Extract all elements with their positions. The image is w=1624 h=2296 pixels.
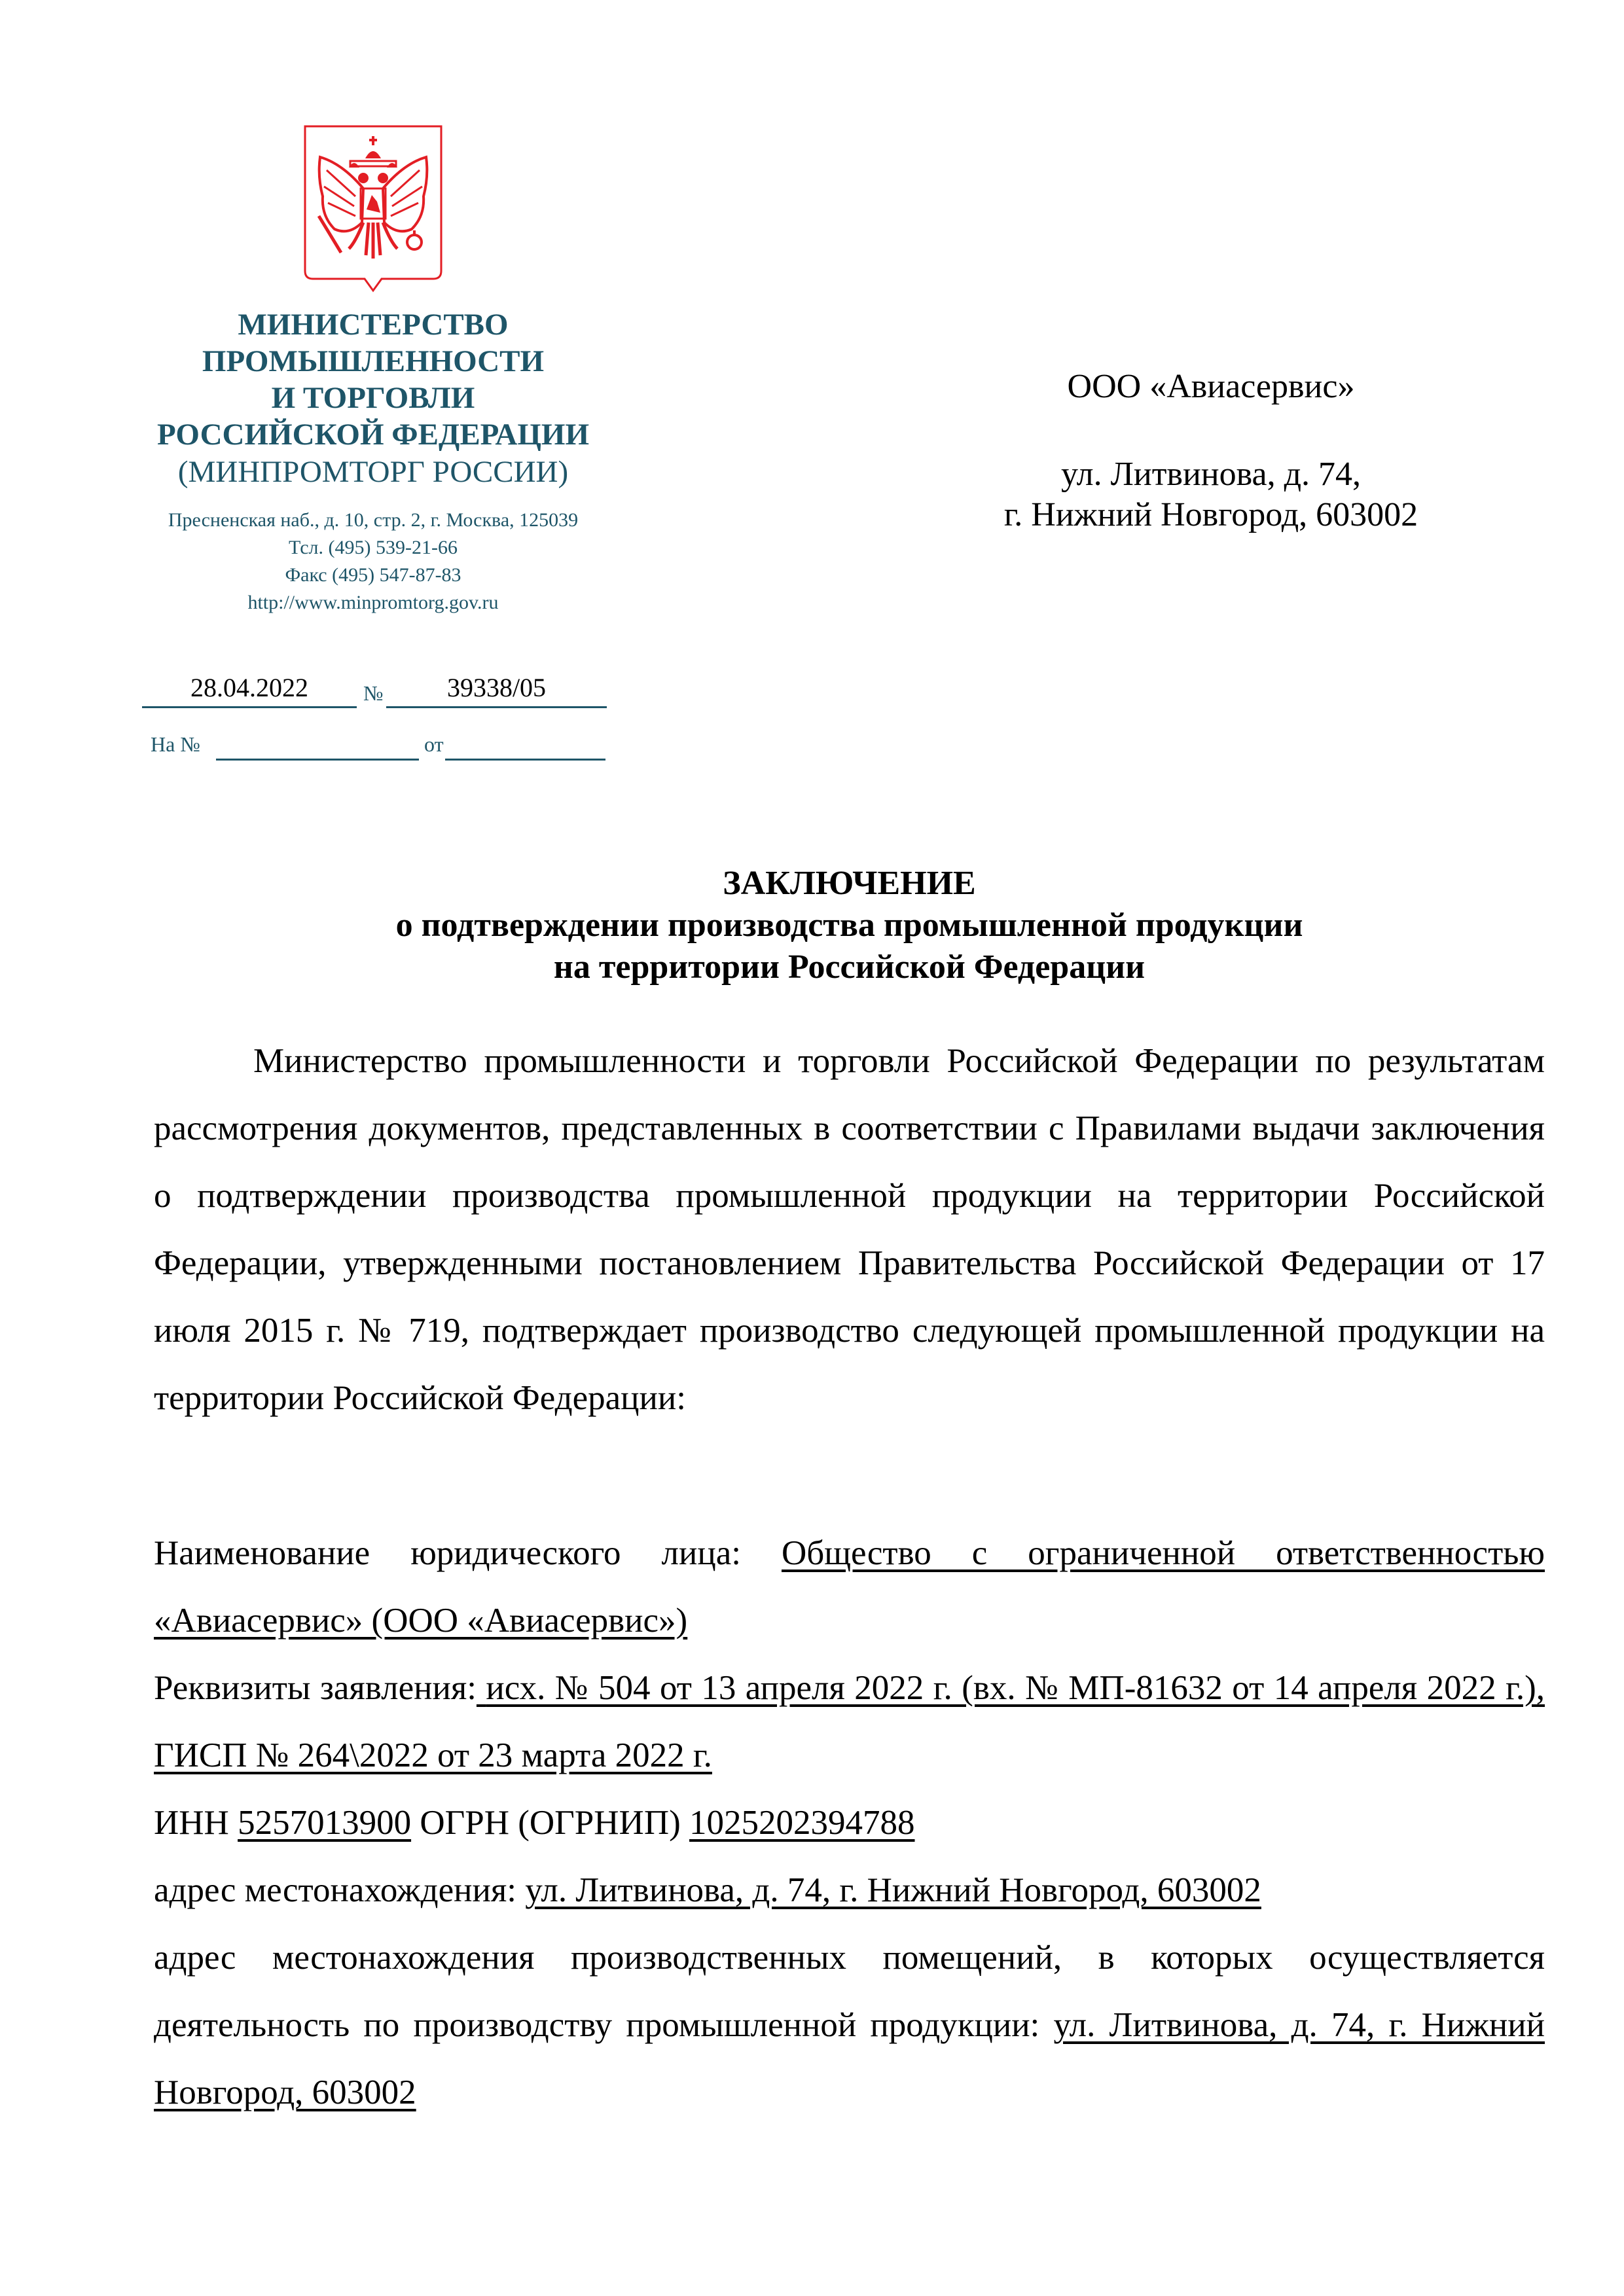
ministry-phone: Тсл. (495) 539-21-66 xyxy=(105,534,641,562)
legal-name-label: Наименование юридического лица: xyxy=(154,1534,741,1572)
location-field: адрес местонахождения: ул. Литвинова, д.… xyxy=(154,1857,1545,1924)
document-title: ЗАКЛЮЧЕНИЕ о подтверждении производства … xyxy=(154,863,1545,988)
ministry-short-name: (МИНПРОМТОРГ РОССИИ) xyxy=(105,453,641,491)
title-subheading-line1: о подтверждении производства промышленно… xyxy=(154,905,1545,946)
number-underline xyxy=(386,706,607,708)
ministry-fax: Факс (495) 547-87-83 xyxy=(105,562,641,589)
production-location-field: адрес местонахождения производственных п… xyxy=(154,1924,1545,2126)
document-date: 28.04.2022 xyxy=(142,672,357,703)
title-heading: ЗАКЛЮЧЕНИЕ xyxy=(154,863,1545,905)
registration-row: 28.04.2022 № 39338/05 xyxy=(142,668,607,708)
reference-from-label: от xyxy=(424,732,444,757)
location-label: адрес местонахождения: xyxy=(154,1871,516,1909)
ogrn-label: ОГРН (ОГРНИП) xyxy=(420,1804,680,1842)
ministry-name-line: РОССИЙСКОЙ ФЕДЕРАЦИИ xyxy=(105,416,641,453)
document-body: Министерство промышленности и торговли Р… xyxy=(154,1028,1545,1432)
reference-row: На № от xyxy=(151,726,609,761)
coat-of-arms-icon xyxy=(303,124,443,296)
recipient-address-line1: ул. Литвинова, д. 74, xyxy=(949,454,1473,495)
ministry-name-line: И ТОРГОВЛИ xyxy=(105,380,641,416)
recipient-org: ООО «Авиасервис» xyxy=(949,367,1473,407)
location-value: ул. Литвинова, д. 74, г. Нижний Новгород… xyxy=(525,1871,1261,1909)
title-subheading-line2: на территории Российской Федерации xyxy=(154,946,1545,988)
reference-number-label: На № xyxy=(151,732,200,757)
number-sign: № xyxy=(363,681,384,706)
body-paragraph: Министерство промышленности и торговли Р… xyxy=(154,1028,1545,1432)
ministry-address: Пресненская наб., д. 10, стр. 2, г. Моск… xyxy=(105,507,641,534)
reference-date-field xyxy=(445,759,605,761)
recipient-block: ООО «Авиасервис» ул. Литвинова, д. 74, г… xyxy=(949,367,1473,535)
document-number: 39338/05 xyxy=(386,672,607,703)
application-label: Реквизиты заявления: xyxy=(154,1669,477,1707)
reference-number-field xyxy=(216,759,419,761)
inn-label: ИНН xyxy=(154,1804,229,1842)
legal-name-field: Наименование юридического лица: Общество… xyxy=(154,1520,1545,1655)
ministry-name: МИНИСТЕРСТВО ПРОМЫШЛЕННОСТИ И ТОРГОВЛИ Р… xyxy=(105,306,641,453)
recipient-address-line2: г. Нижний Новгород, 603002 xyxy=(949,495,1473,535)
details-section: Наименование юридического лица: Общество… xyxy=(154,1520,1545,2126)
ministry-name-line: ПРОМЫШЛЕННОСТИ xyxy=(105,343,641,380)
registration-numbers: ИНН 5257013900 ОГРН (ОГРНИП) 10252023947… xyxy=(154,1789,1545,1857)
letterhead: МИНИСТЕРСТВО ПРОМЫШЛЕННОСТИ И ТОРГОВЛИ Р… xyxy=(105,124,641,617)
ogrn-value: 1025202394788 xyxy=(689,1804,915,1842)
ministry-name-line: МИНИСТЕРСТВО xyxy=(105,306,641,343)
application-field: Реквизиты заявления: исх. № 504 от 13 ап… xyxy=(154,1655,1545,1789)
date-underline xyxy=(142,706,357,708)
ministry-website: http://www.minpromtorg.gov.ru xyxy=(105,589,641,617)
inn-value: 5257013900 xyxy=(238,1804,411,1842)
